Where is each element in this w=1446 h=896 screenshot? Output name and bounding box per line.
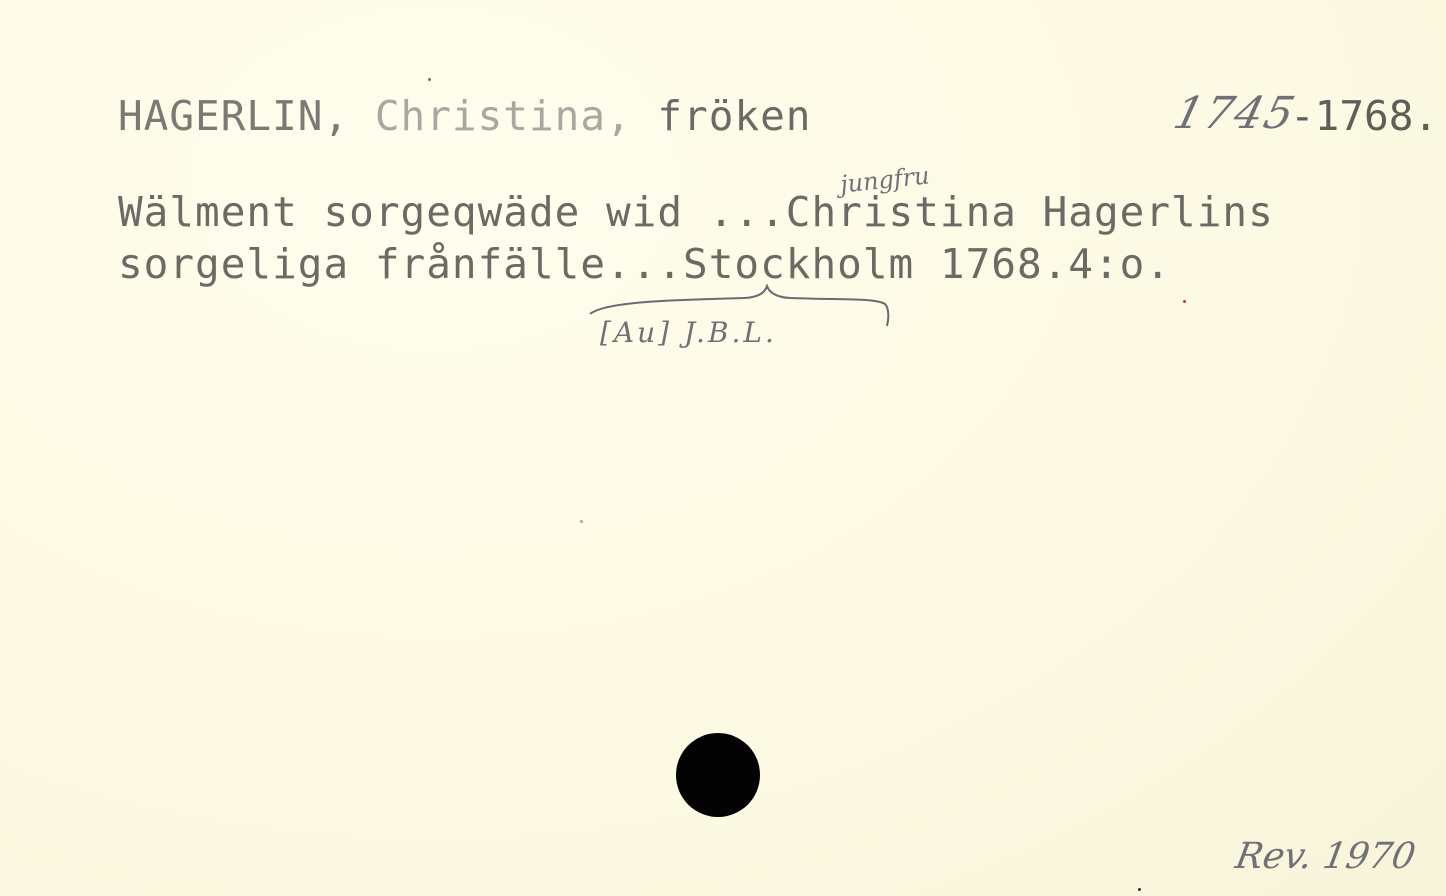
title: fröken bbox=[657, 92, 811, 140]
revision-note: Rev. 1970 bbox=[1232, 836, 1418, 877]
punch-hole bbox=[676, 733, 760, 817]
surname: HAGERLIN, bbox=[118, 92, 349, 140]
ink-speck bbox=[428, 78, 431, 81]
ink-speck bbox=[1183, 300, 1186, 303]
title-line-2: sorgeliga frånfälle...Stockholm 1768.4:o… bbox=[118, 240, 1171, 288]
card-heading: HAGERLIN, Christina, fröken bbox=[118, 92, 812, 140]
catalog-card: HAGERLIN, Christina, fröken 1745 -1768. … bbox=[0, 0, 1446, 896]
birth-year-handwritten: 1745 bbox=[1169, 88, 1302, 139]
death-year: -1768. bbox=[1290, 92, 1438, 140]
title-line-1: Wälment sorgeqwäde wid ...Christina Hage… bbox=[118, 188, 1274, 236]
ink-speck bbox=[1138, 888, 1141, 891]
given-name: Christina, bbox=[375, 92, 632, 140]
ink-speck bbox=[580, 520, 583, 523]
attribution-annotation: [Au] J.B.L. bbox=[600, 316, 777, 349]
